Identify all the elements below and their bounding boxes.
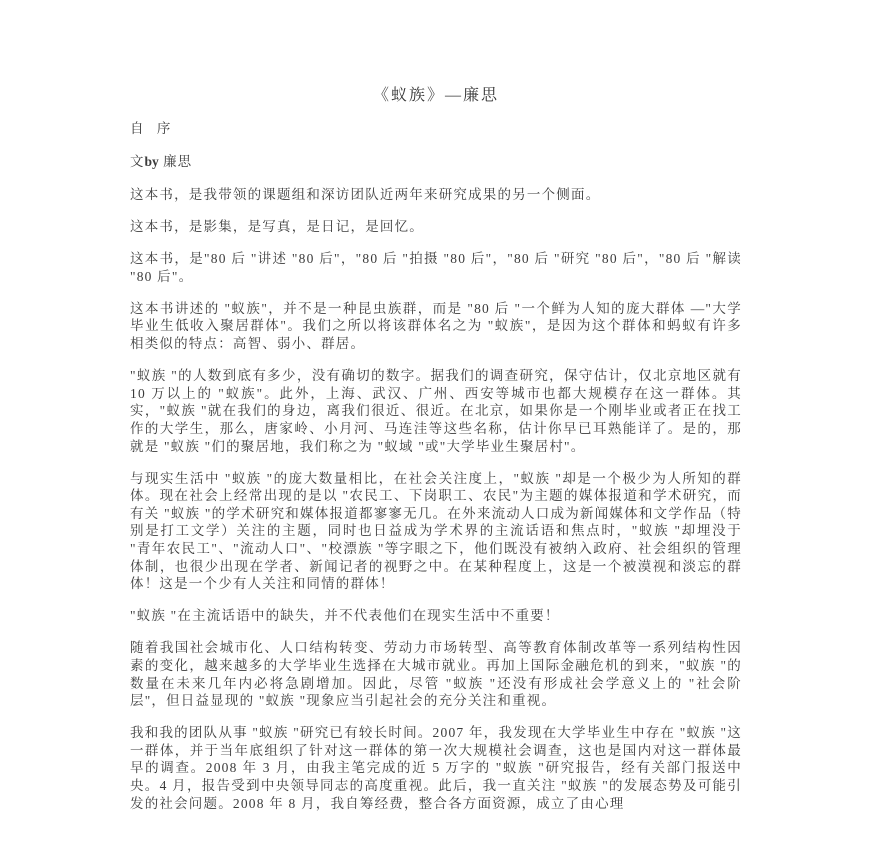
byline: 文by 廉思 [130,153,742,170]
paragraph-1: 这本书，是我带领的课题组和深访团队近两年来研究成果的另一个侧面。 [130,186,742,204]
paragraph-8: 随着我国社会城市化、人口结构转变、劳动力市场转型、高等教育体制改革等一系列结构性… [130,639,742,709]
paragraph-6: 与现实生活中 "蚁族 "的庞大数量相比，在社会关注度上，"蚁族 "却是一个极少为… [130,470,742,593]
paragraph-4: 这本书讲述的 "蚁族"，并不是一种昆虫族群，而是 "80 后 "一个鲜为人知的庞… [130,300,742,353]
paragraph-5: "蚁族 "的人数到底有多少，没有确切的数字。据我们的调查研究，保守估计，仅北京地… [130,367,742,455]
paragraph-2: 这本书，是影集，是写真，是日记，是回忆。 [130,218,742,236]
paragraph-9: 我和我的团队从事 "蚁族 "研究已有较长时间。2007 年，我发现在大学毕业生中… [130,724,742,812]
byline-prefix: 文 [130,154,145,169]
byline-author: 廉思 [163,154,192,169]
paragraph-7: "蚁族 "在主流话语中的缺失，并不代表他们在现实生活中不重要！ [130,607,742,625]
byline-latin: by [145,154,159,169]
paragraph-3: 这本书，是"80 后 "讲述 "80 后"，"80 后 "拍摄 "80 后"，"… [130,250,742,285]
section-heading-preface: 自 序 [130,120,742,137]
document-title: 《蚁族》—廉思 [130,86,742,106]
document-page: 《蚁族》—廉思 自 序 文by 廉思 这本书，是我带领的课题组和深访团队近两年来… [130,86,742,827]
